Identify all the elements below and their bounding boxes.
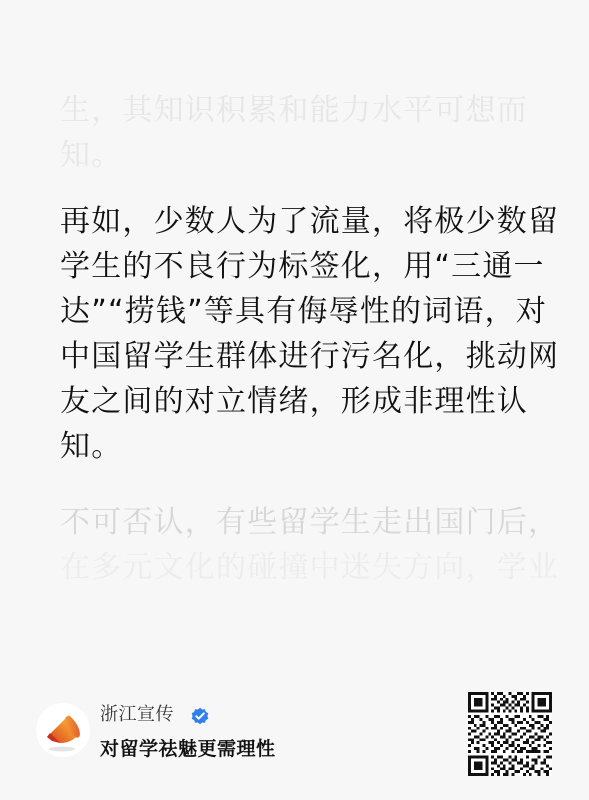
article-title[interactable]: 对留学祛魅更需理性 bbox=[100, 735, 276, 763]
text-line: 友之间的对立情绪，形成非理性认 bbox=[60, 379, 540, 424]
text-line: 知。 bbox=[60, 424, 540, 469]
faded-next-paragraph: 不可否认，有些留学生走出国门后， 在多元文化的碰撞中迷失方向，学业 bbox=[60, 500, 540, 590]
text-line: 知。 bbox=[60, 133, 540, 178]
account-name[interactable]: 浙江宣传 bbox=[100, 702, 174, 728]
account-avatar[interactable] bbox=[36, 703, 90, 757]
main-paragraph: 再如，少数人为了流量，将极少数留 学生的不良行为标签化，用“三通一 达”“捞钱”… bbox=[60, 199, 540, 469]
faded-previous-paragraph: 生，其知识积累和能力水平可想而 知。 bbox=[60, 88, 540, 178]
megaphone-icon bbox=[36, 703, 90, 757]
text-line: 达”“捞钱”等具有侮辱性的词语，对 bbox=[60, 289, 540, 334]
text-line: 中国留学生群体进行污名化，挑动网 bbox=[60, 334, 540, 379]
text-line: 学生的不良行为标签化，用“三通一 bbox=[60, 244, 540, 289]
article-card: 生，其知识积累和能力水平可想而 知。 再如，少数人为了流量，将极少数留 学生的不… bbox=[0, 0, 589, 800]
verified-badge-icon bbox=[190, 706, 210, 726]
text-line: 不可否认，有些留学生走出国门后， bbox=[60, 500, 540, 545]
text-line: 生，其知识积累和能力水平可想而 bbox=[60, 88, 540, 133]
qr-code-icon[interactable] bbox=[468, 692, 552, 776]
text-line: 再如，少数人为了流量，将极少数留 bbox=[60, 199, 540, 244]
text-line: 在多元文化的碰撞中迷失方向，学业 bbox=[60, 545, 540, 590]
